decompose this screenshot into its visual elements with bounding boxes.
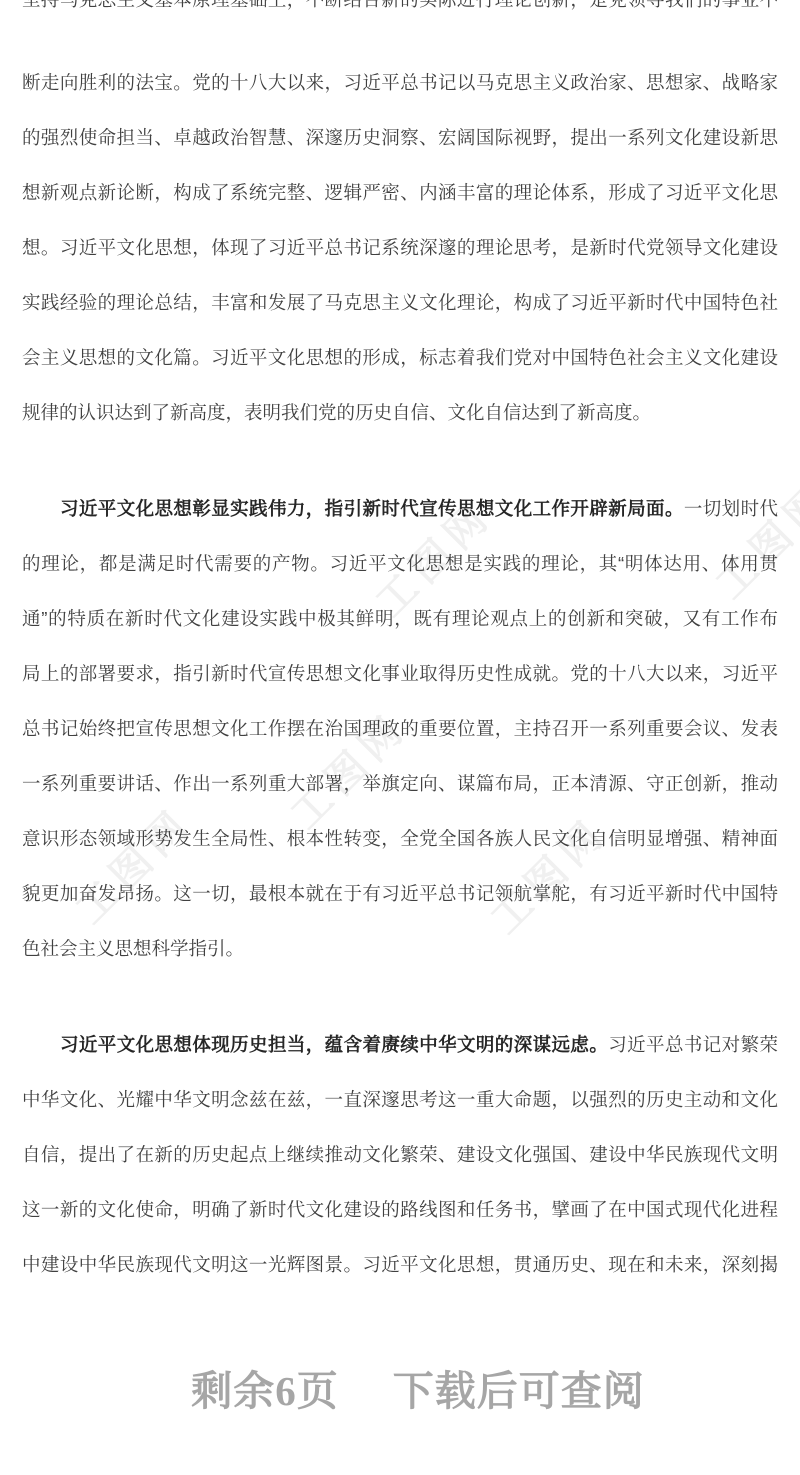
body-text: 局上的部署要求，指引新时代宣传思想文化事业取得历史性成就。党的十八大以来，习近平 bbox=[22, 663, 778, 684]
text-line: 的强烈使命担当、卓越政治智慧、深邃历史洞察、宏阔国际视野，提出一系列文化建设新思 bbox=[22, 110, 778, 165]
text-line: 习近平文化思想彰显实践伟力，指引新时代宣传思想文化工作开辟新局面。一切划时代 bbox=[22, 481, 778, 536]
body-text: 规律的认识达到了新高度，表明我们党的历史自信、文化自信达到了新高度。 bbox=[22, 402, 651, 423]
text-line: 想新观点新论断，构成了系统完整、逻辑严密、内涵丰富的理论体系，形成了习近平文化思 bbox=[22, 165, 778, 220]
text-line: 一系列重要讲话、作出一系列重大部署，举旗定向、谋篇布局，正本清源、守正创新，推动 bbox=[22, 756, 778, 811]
body-text: 意识形态领域形势发生全局性、根本性转变，全党全国各族人民文化自信明显增强、精神面 bbox=[22, 828, 778, 849]
text-line: 色社会主义思想科学指引。 bbox=[22, 921, 778, 976]
body-text: 的理论，都是满足时代需要的产物。习近平文化思想是实践的理论，其“明体达用、体用贯 bbox=[22, 553, 778, 574]
text-line: 会主义思想的文化篇。习近平文化思想的形成，标志着我们党对中国特色社会主义文化建设 bbox=[22, 330, 778, 385]
text-line: 通”的特质在新时代文化建设实践中极其鲜明，既有理论观点上的创新和突破，又有工作布 bbox=[22, 591, 778, 646]
text-line: 断走向胜利的法宝。党的十八大以来，习近平总书记以马克思主义政治家、思想家、战略家 bbox=[22, 55, 778, 110]
emphasis-text: 习近平文化思想体现历史担当，蕴含着赓续中华文明的深谋远虑。 bbox=[60, 1034, 608, 1055]
paragraph: 坚持马克思主义基本原理基础上，不断结合新的实际进行理论创新，是党领导我们的事业不… bbox=[22, 0, 778, 440]
body-text: 通”的特质在新时代文化建设实践中极其鲜明，既有理论观点上的创新和突破，又有工作布 bbox=[22, 608, 778, 629]
text-line: 的理论，都是满足时代需要的产物。习近平文化思想是实践的理论，其“明体达用、体用贯 bbox=[22, 536, 778, 591]
text-line: 规律的认识达到了新高度，表明我们党的历史自信、文化自信达到了新高度。 bbox=[22, 385, 778, 440]
text-line: 局上的部署要求，指引新时代宣传思想文化事业取得历史性成就。党的十八大以来，习近平 bbox=[22, 646, 778, 701]
body-text: 中华文化、光耀中华文明念兹在兹，一直深邃思考这一重大命题，以强烈的历史主动和文化 bbox=[22, 1089, 778, 1110]
body-text: 总书记始终把宣传思想文化工作摆在治国理政的重要位置，主持召开一系列重要会议、发表 bbox=[22, 718, 778, 739]
text-line: 自信，提出了在新的历史起点上继续推动文化繁荣、建设文化强国、建设中华民族现代文明 bbox=[22, 1127, 778, 1182]
body-text: 习近平总书记对繁荣 bbox=[608, 1034, 778, 1055]
body-text: 貌更加奋发昂扬。这一切，最根本就在于有习近平总书记领航掌舵，有习近平新时代中国特 bbox=[22, 883, 778, 904]
body-text: 一切划时代 bbox=[684, 498, 778, 519]
text-line: 意识形态领域形势发生全局性、根本性转变，全党全国各族人民文化自信明显增强、精神面 bbox=[22, 811, 778, 866]
body-text: 断走向胜利的法宝。党的十八大以来，习近平总书记以马克思主义政治家、思想家、战略家 bbox=[22, 72, 778, 93]
preview-footer: 剩余6页下载后可查阅 bbox=[18, 1366, 800, 1416]
text-line: 总书记始终把宣传思想文化工作摆在治国理政的重要位置，主持召开一系列重要会议、发表 bbox=[22, 701, 778, 756]
body-text: 一系列重要讲话、作出一系列重大部署，举旗定向、谋篇布局，正本清源、守正创新，推动 bbox=[22, 773, 778, 794]
body-text: 色社会主义思想科学指引。 bbox=[22, 938, 244, 959]
body-text: 会主义思想的文化篇。习近平文化思想的形成，标志着我们党对中国特色社会主义文化建设 bbox=[22, 347, 778, 368]
paragraph: 习近平文化思想体现历史担当，蕴含着赓续中华文明的深谋远虑。习近平总书记对繁荣中华… bbox=[22, 1017, 778, 1292]
pages-remaining-label: 剩余6页 bbox=[191, 1368, 339, 1414]
text-line: 这一新的文化使命，明确了新时代文化建设的路线图和任务书，擘画了在中国式现代化进程 bbox=[22, 1182, 778, 1237]
paragraph: 习近平文化思想彰显实践伟力，指引新时代宣传思想文化工作开辟新局面。一切划时代的理… bbox=[22, 481, 778, 976]
emphasis-text: 习近平文化思想彰显实践伟力，指引新时代宣传思想文化工作开辟新局面。 bbox=[60, 498, 684, 519]
document-preview-page: 工图网工图网工图网工图网工图网 坚持马克思主义基本原理基础上，不断结合新的实际进… bbox=[0, 0, 800, 1475]
text-line: 中华文化、光耀中华文明念兹在兹，一直深邃思考这一重大命题，以强烈的历史主动和文化 bbox=[22, 1072, 778, 1127]
download-hint-label: 下载后可查阅 bbox=[393, 1368, 645, 1414]
text-line: 中建设中华民族现代文明这一光辉图景。习近平文化思想，贯通历史、现在和未来，深刻揭 bbox=[22, 1237, 778, 1292]
body-text: 中建设中华民族现代文明这一光辉图景。习近平文化思想，贯通历史、现在和未来，深刻揭 bbox=[22, 1254, 778, 1275]
body-text: 自信，提出了在新的历史起点上继续推动文化繁荣、建设文化强国、建设中华民族现代文明 bbox=[22, 1144, 778, 1165]
text-line: 想。习近平文化思想，体现了习近平总书记系统深邃的理论思考，是新时代党领导文化建设 bbox=[22, 220, 778, 275]
text-line: 坚持马克思主义基本原理基础上，不断结合新的实际进行理论创新，是党领导我们的事业不 bbox=[22, 0, 778, 27]
body-text: 这一新的文化使命，明确了新时代文化建设的路线图和任务书，擘画了在中国式现代化进程 bbox=[22, 1199, 778, 1220]
body-text: 实践经验的理论总结，丰富和发展了马克思主义文化理论，构成了习近平新时代中国特色社 bbox=[22, 292, 778, 313]
body-text: 坚持马克思主义基本原理基础上，不断结合新的实际进行理论创新，是党领导我们的事业不 bbox=[22, 0, 778, 10]
text-line: 貌更加奋发昂扬。这一切，最根本就在于有习近平总书记领航掌舵，有习近平新时代中国特 bbox=[22, 866, 778, 921]
body-text: 的强烈使命担当、卓越政治智慧、深邃历史洞察、宏阔国际视野，提出一系列文化建设新思 bbox=[22, 127, 778, 148]
document-body: 坚持马克思主义基本原理基础上，不断结合新的实际进行理论创新，是党领导我们的事业不… bbox=[0, 0, 800, 1292]
body-text: 想。习近平文化思想，体现了习近平总书记系统深邃的理论思考，是新时代党领导文化建设 bbox=[22, 237, 778, 258]
body-text: 想新观点新论断，构成了系统完整、逻辑严密、内涵丰富的理论体系，形成了习近平文化思 bbox=[22, 182, 778, 203]
text-line: 习近平文化思想体现历史担当，蕴含着赓续中华文明的深谋远虑。习近平总书记对繁荣 bbox=[22, 1017, 778, 1072]
text-line: 实践经验的理论总结，丰富和发展了马克思主义文化理论，构成了习近平新时代中国特色社 bbox=[22, 275, 778, 330]
